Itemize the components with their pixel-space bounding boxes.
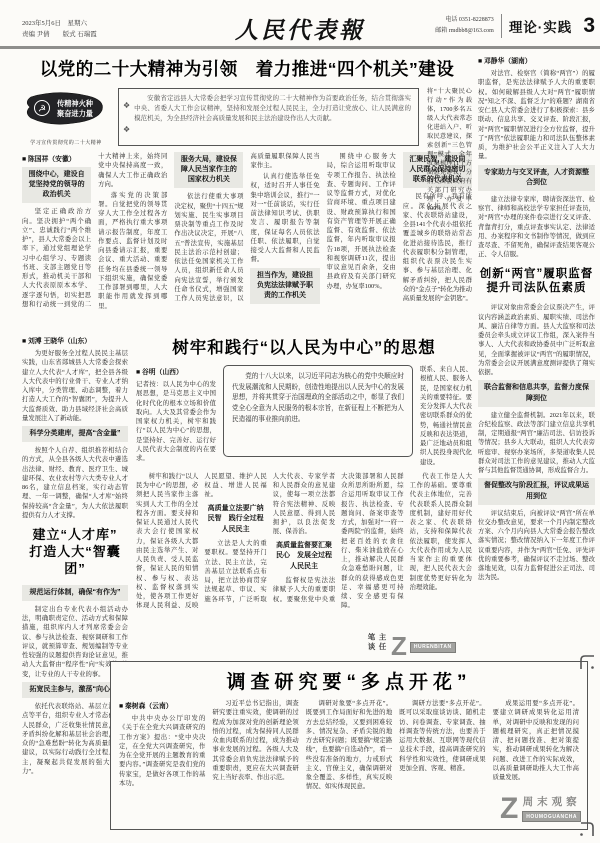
article-paragraph: 围绕中心服务大局，综合运用听取审议专项工作报告、执法检查、专题询问、工作评议等监… [327,152,396,291]
column-logo-zhoumoguancha: Z 周末观察 HOUMOGUANCHA [496,792,581,824]
divider [501,14,502,38]
lead-body-columns: ■ 陈国祥（安徽） 围绕中心，建设自觉坚持党的领导的政治机关 坚定正确政治方向。… [22,152,472,322]
feature-quote-box: 党的十八大以来，以习近平同志为核心的党中央顺应时代发展潮流和人民期盼，创造性地提… [223,365,413,457]
right-article: ■ 邓静华（湖南） 对法官、检察官（简称“两官”）的履职监督，是宪法法律赋予人大… [478,54,595,656]
byline: ■ 谷明（山西） [136,366,216,376]
masthead: 2023年5月6日 星期六 责编 尹倩 版式 石瑞霞 人民代表報 电话 0351… [0,14,600,46]
logo-chinese-label: 周末观察 [523,794,581,809]
logo-latin-box: HURENBITAN [410,642,456,653]
article-title-line1: 创新“两官”履职监督 [478,267,595,282]
feature-lead-text: 记者按：以人民为中心的发展思想，是马克思主义中国化时代化的根本立场和价值取向。人… [136,380,216,463]
corner-ornament-icon [579,654,595,670]
section-subhead: 规范运行体制，确保“有作为” [22,585,128,601]
column-logo-zhurenbitan: 主任笔谈 Z HURENBITAN [363,632,472,662]
byline: ■ 刘溥 王晓华（山东） [22,335,128,345]
article-paragraph: 认真行使选举任免权，适时召开人事任免集中培训会议，推行“一对一”任前谈话，实行任… [250,172,319,265]
newspaper-title: 人民代表報 [235,12,365,45]
diamond-icon: ❖ [123,125,130,134]
big-z-icon: Z [391,635,407,658]
big-z-icon: Z [500,795,518,822]
article-paragraph: 评议结束后，向被评议“两官”所在单位交办整改意见，要求一个月内制定整改方案、六个… [478,509,595,583]
corner-ornament-icon [579,821,595,837]
phone-line: 电话 0351-8228873 [435,15,494,26]
logo-latin-box: HOUMOGUANCHA [522,811,581,822]
flag-slogan-line1: 传精神火种 [56,99,94,108]
article-paragraph: 建立健全监督机制。2021年以来，联合纪检监察、政法等部门建立信息共享机制，定期… [478,411,595,476]
lead-article: 以党的二十大精神为引领 着力推进“四个机关”建设 ☭ 传精神火种 聚奋进力量 学… [22,54,472,322]
article-paragraph: 为更好服务全过程人民民主基层实践，山东省郯城县人大常委会探索建立人大代表“人才库… [22,349,128,423]
masthead-left: 2023年5月6日 星期六 责编 尹倩 版式 石瑞霞 [22,18,97,40]
article-title: 建立“人才库” 打造人大“智囊团” [22,527,128,578]
section-subhead: 科学分类建库，提高“含金量” [22,426,128,442]
section-subhead: 汇聚民智，建设同人民群众保持密切联系的代表机关 [403,152,472,188]
bottom-article-headline: 调查研究要“多点开花” [119,667,579,694]
article-paragraph: 中共中央办公厅印发的《关于在全党大兴调查研究的工作方案》提出：“党中央决定，在全… [119,714,205,788]
editors-line: 责编 尹倩 版式 石瑞霞 [22,29,97,40]
masthead-right: 电话 0351-8228873 邮箱 rmdbb8@163.com 理论·实践 … [435,14,595,38]
article-paragraph: 落实党的决策部署。自觉把党的领导贯穿人大工作全过程各方面，严格执行重大事项请示报… [98,191,167,311]
article-title-line2: 打造人大“智囊团” [22,544,128,578]
date-line: 2023年5月6日 星期六 [22,18,97,29]
section-label: 理论·实践 [509,16,573,36]
lead-intro-box: ❖ ❖ 安徽省定远县人大常委会把学习宣传贯彻党的二十大精神作为首要政治任务，结合… [118,88,419,146]
byline: ■ 陈国祥（安徽） [22,153,91,163]
feature-side-text: 联系、来自人民、根植人民、服务人民，是国家权力机关的重要特征。要充分发挥人大代表… [420,365,472,467]
newspaper-page: 2023年5月6日 星期六 责编 尹倩 版式 石瑞霞 人民代表報 电话 0351… [0,0,600,843]
flag-slogan-line2: 聚奋进力量 [57,109,94,118]
diamond-icon: ❖ [123,101,130,110]
section-subhead: 担当作为，建设担负宪法法律赋予职责的工作机关 [250,268,319,304]
article-paragraph: 评议对象由常委会会议票决产生，评议内容涵盖政治素质、履职实绩、司法作风、廉洁自律… [478,303,595,377]
logo-chinese-label: 主任笔谈 [366,633,388,661]
campaign-flag-graphic: ☭ 传精神火种 聚奋进力量 学习宣传贯彻党的二十大精神 [22,88,110,146]
article-paragraph: 习近平总书记指出，调查研究要注重实效，使调研的过程成为加深对党的创新理论领悟的过… [212,699,298,782]
article-title-line1: 建立“人才库” [22,527,128,544]
feature-subhead: 高质量立法要广纳民智 践行全过程人民民主 [206,504,264,536]
article-paragraph: 成果运用要“多点开花”。要建立调研成果转化运用清单，对调研中反映和发现的问题梳理… [493,699,579,782]
article-title: 创新“两官”履职监督 提升司法队伍素质 [478,267,595,297]
flag-icon: ☭ 传精神火种 聚奋进力量 [22,88,110,134]
article-paragraph: 代表工作是人大工作的基础。要尊重代表主体地位，完善代表联系人民群众制度机制，建好… [410,472,472,592]
lead-intro-text: 安徽省定远县人大常委会把学习宣传贯彻党的二十大精神作为首要政治任务，结合贯彻落实… [134,94,411,141]
article-paragraph: 建立法律专家库，聘请资深法官、检察官、律师和高校法学专家担任评查员，对“两官”办… [478,195,595,260]
article-paragraph: 调研方法要“多点开花”。既可以采取座谈访谈、随机走访、问卷调查、专家调查、抽样调… [399,699,485,773]
email-line: 邮箱 rmdbb8@163.com [435,26,494,37]
article-title-line2: 提升司法队伍素质 [478,281,595,296]
party-emblem-icon: ☭ [38,103,46,113]
section-subhead: 围绕中心，建设自觉坚持党的领导的政治机关 [22,167,91,203]
lead-headline: 以党的二十大精神为引领 着力推进“四个机关”建设 [22,56,472,81]
lead-side-note: 将“十大聚民心行动”作为载体，1700多名五级人大代表常态化进站入户、听取民意建… [427,88,472,146]
article-paragraph: 调研对象要“多点开花”。既要到工作局面好和先进的地方去总结经验，又要到困难较多、… [306,699,392,792]
flag-caption: 学习宣传贯彻党的二十大精神 [22,139,110,146]
feature-article: 树牢和践行“以人民为中心”的思想 ■ 谷明（山西） 记者按：以人民为中心的发展思… [136,334,472,660]
masthead-rule [0,46,600,49]
article-paragraph: 按照个人自荐、组织推荐相结合的方式，从全县各级人大代表中遴选出法律、财经、教育、… [22,446,128,520]
byline: ■ 秦树森（云南） [119,700,205,710]
page-number: 3 [583,14,595,38]
feature-subhead: 高质量监督要汇聚民心 发展全过程人民民主 [275,541,333,573]
byline: ■ 邓静华（湖南） [478,55,595,65]
section-subhead: 联合监督和信息共享，监督力度保障到位 [478,380,595,406]
article-paragraph: 对法官、检察官（简称“两官”）的履职监督，是宪法法律赋予人大的重要职权。如何破解… [478,69,595,162]
section-subhead: 督促整改与阶段汇报，评议成果运用到位 [478,478,595,504]
article-paragraph: 民有所呼、我有所应。深化拓展代表之家、代表联络站建设，全县141个代表小组依托覆… [403,192,472,303]
section-subhead: 专家助力与交叉评查，人才资源整合到位 [478,165,595,191]
feature-headline: 树牢和践行“以人民为中心”的思想 [136,334,472,358]
section-subhead: 服务大局，建设保障人民当家作主的国家权力机关 [174,152,243,188]
bottom-boxed-article: 调查研究要“多点开花” ■ 秦树森（云南） 中共中央办公厅印发的《关于在全党大兴… [110,661,588,830]
